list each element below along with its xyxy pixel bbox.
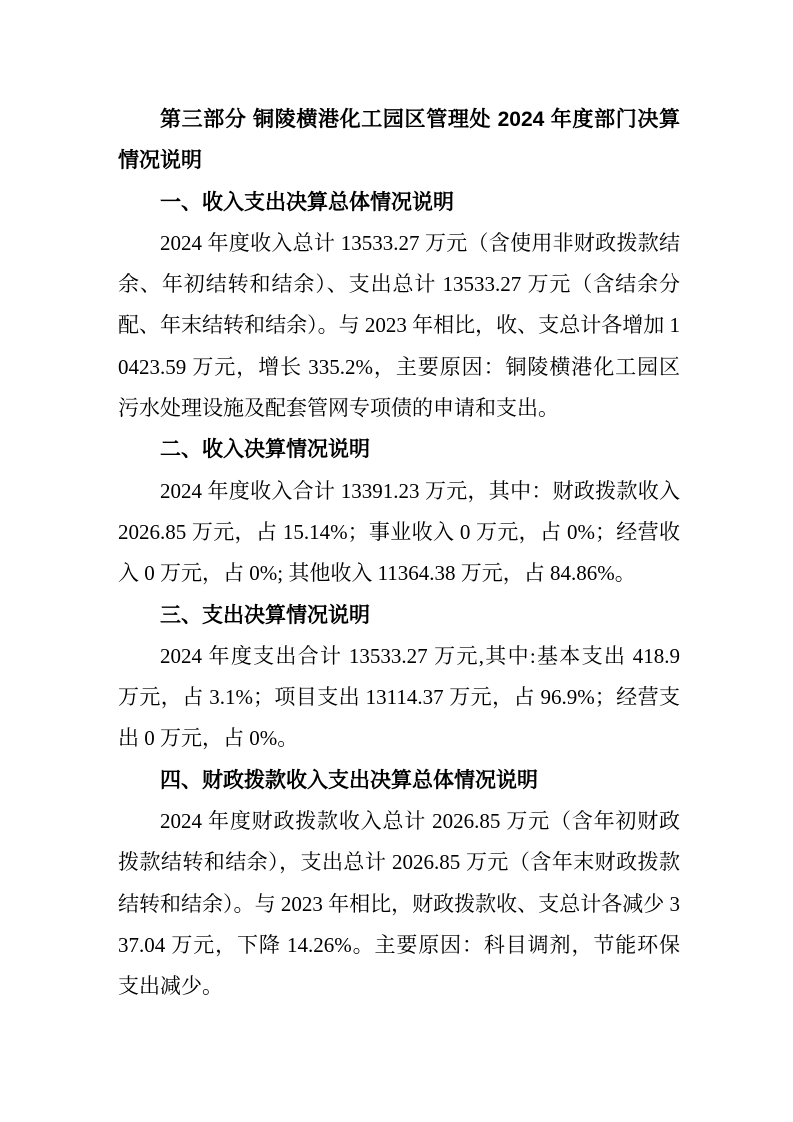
document-title: 第三部分 铜陵横港化工园区管理处 2024 年度部门决算情况说明 <box>118 99 680 182</box>
section-4-heading: 四、财政拨款收入支出决算总体情况说明 <box>118 760 680 801</box>
section-1-heading: 一、收入支出决算总体情况说明 <box>118 182 680 223</box>
section-4-paragraph: 2024 年度财政拨款收入总计 2026.85 万元（含年初财政拨款结转和结余）… <box>118 801 680 1007</box>
section-1-paragraph: 2024 年度收入总计 13533.27 万元（含使用非财政拨款结余、年初结转和… <box>118 223 680 429</box>
section-3-paragraph: 2024 年度支出合计 13533.27 万元,其中:基本支出 418.9 万元… <box>118 636 680 760</box>
document-page: 第三部分 铜陵横港化工园区管理处 2024 年度部门决算情况说明 一、收入支出决… <box>0 0 793 1122</box>
section-3-heading: 三、支出决算情况说明 <box>118 595 680 636</box>
section-2-paragraph: 2024 年度收入合计 13391.23 万元，其中：财政拨款收入 2026.8… <box>118 471 680 595</box>
section-2-heading: 二、收入决算情况说明 <box>118 429 680 470</box>
